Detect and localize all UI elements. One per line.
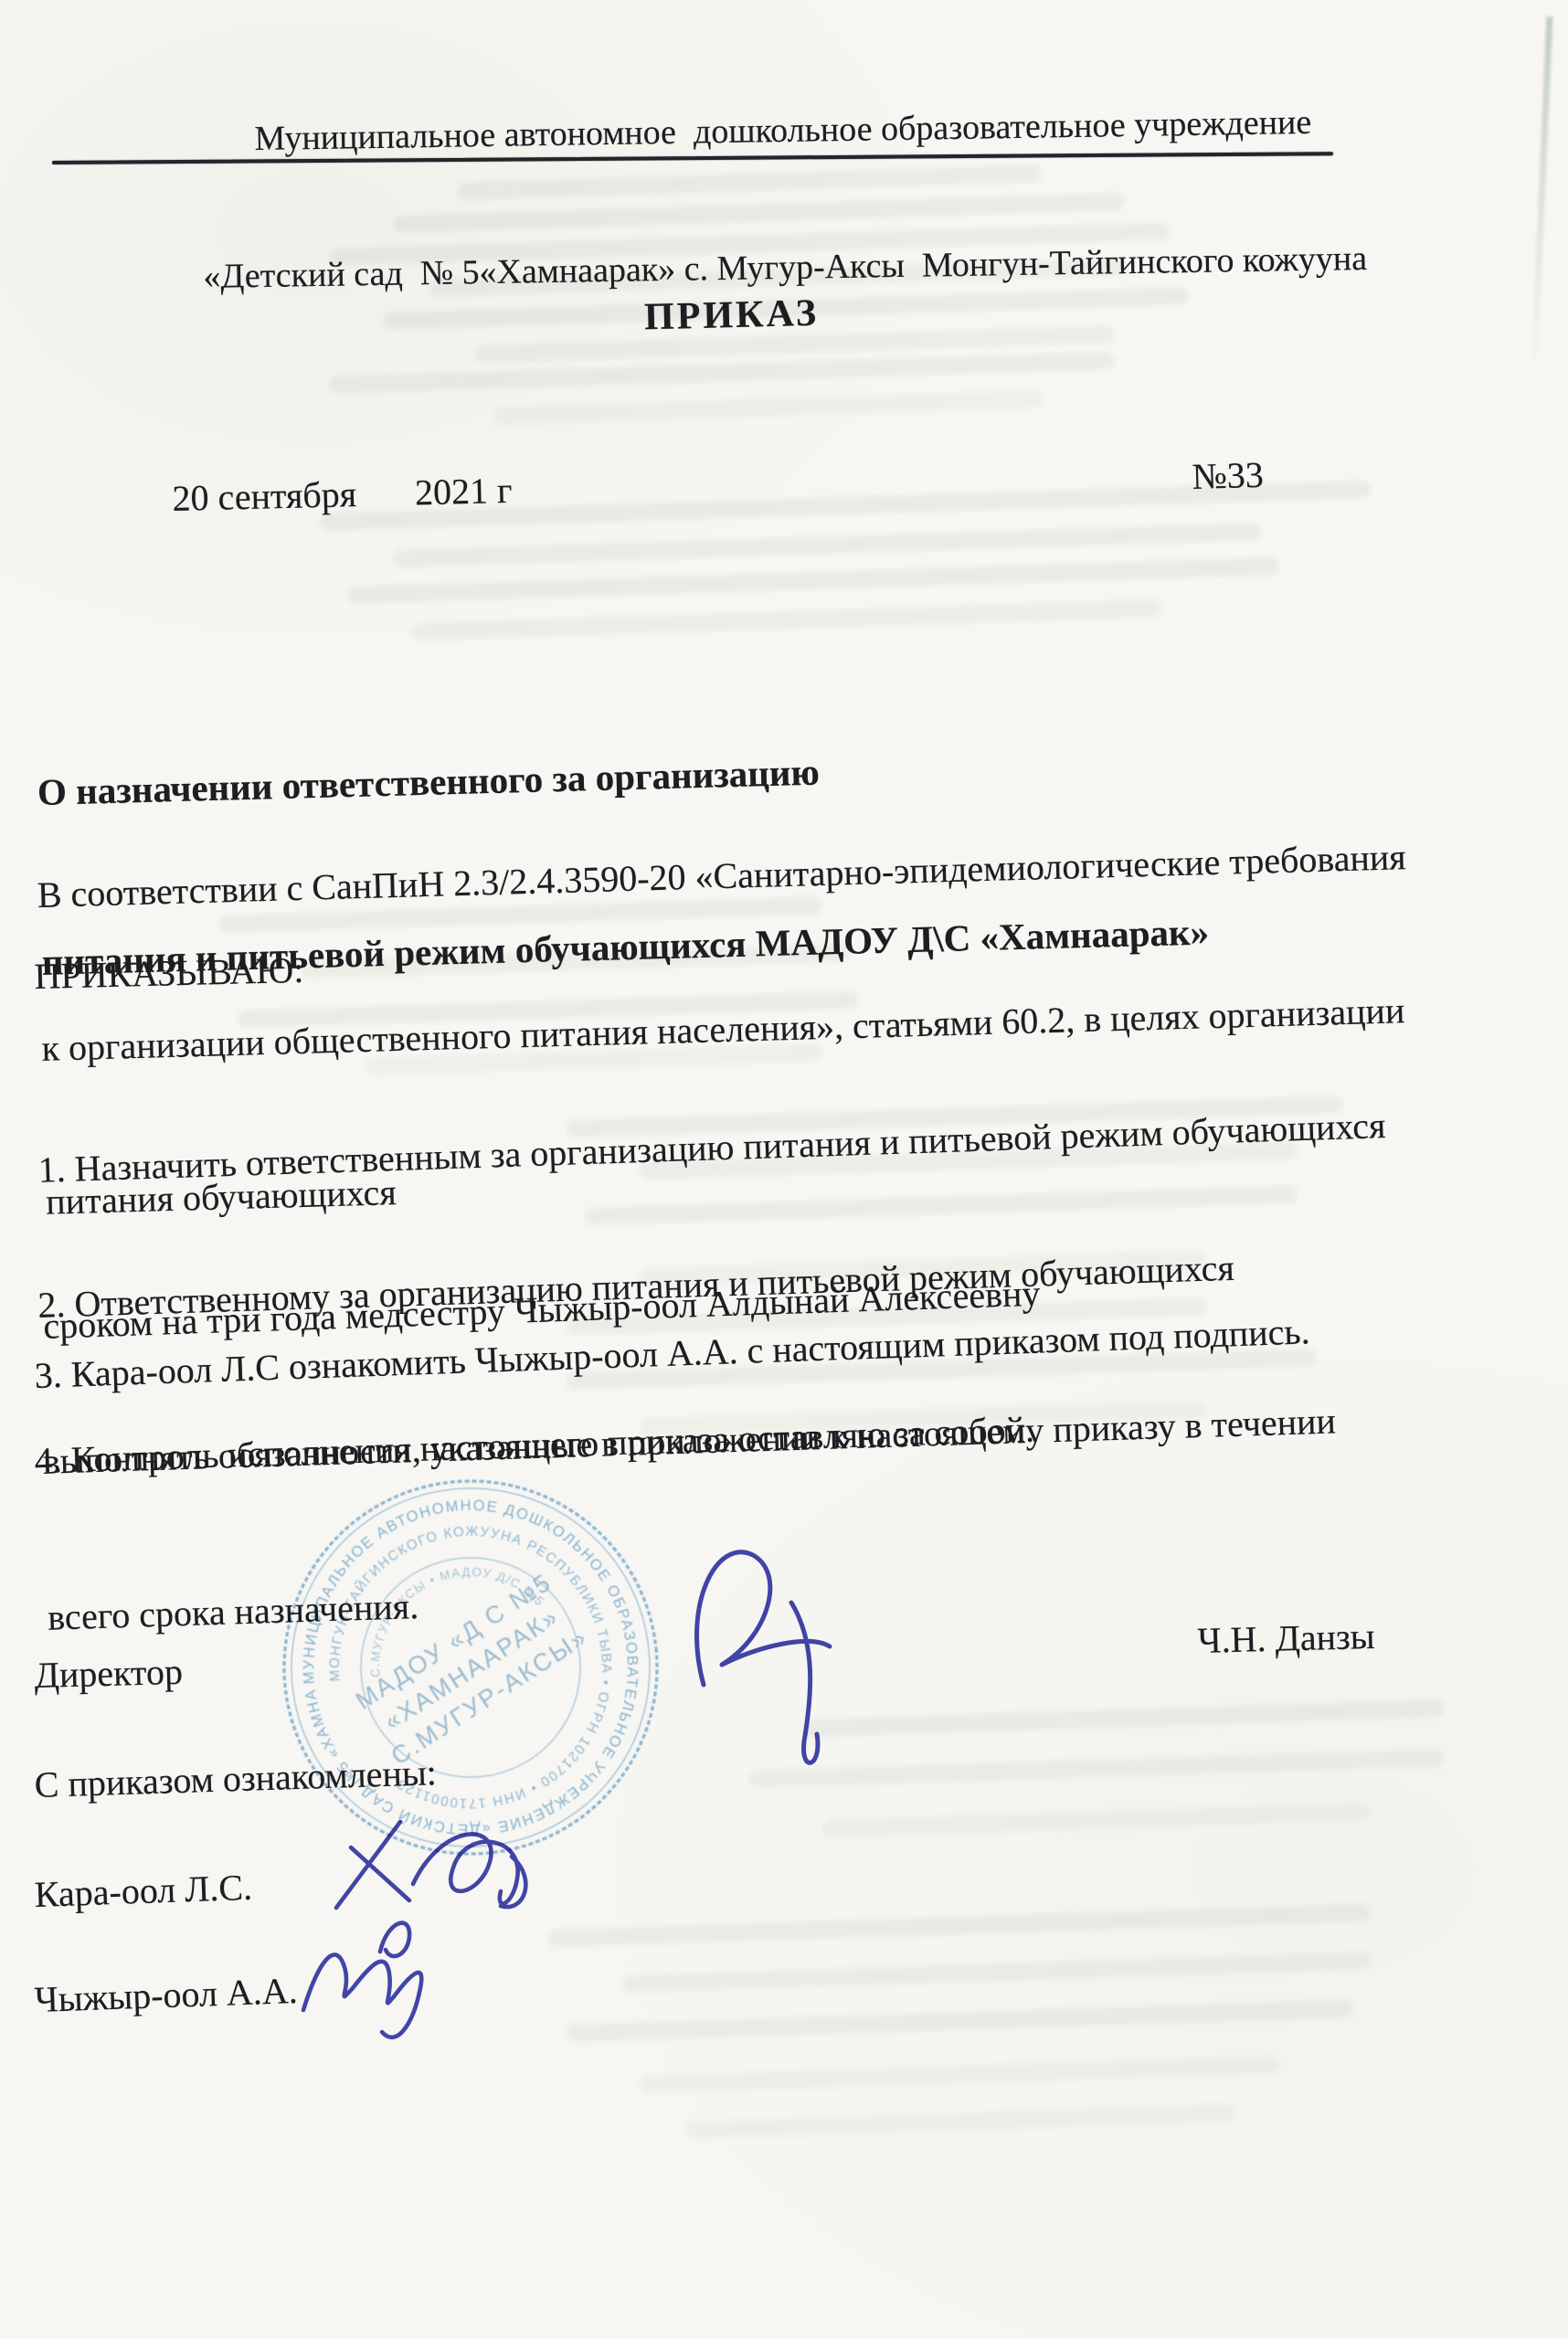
bleed-through-line bbox=[493, 390, 1042, 425]
bleed-through-line bbox=[329, 352, 1115, 394]
chyzhyr-ool-signature bbox=[272, 1899, 464, 2049]
bleed-through-line bbox=[393, 523, 1261, 567]
order-number: №33 bbox=[1192, 453, 1264, 498]
date-gap bbox=[356, 505, 415, 507]
order-preamble-line-1: В соответствии с СанПиН 2.3/2.4.3590-20 … bbox=[37, 831, 1406, 921]
bleed-through-line bbox=[804, 1699, 1444, 1737]
bleed-through-line bbox=[567, 2000, 1352, 2042]
bleed-through-line bbox=[548, 1904, 1371, 1947]
bleed-through-line bbox=[640, 2056, 1279, 2093]
acknowledgement-person-2: Чыжыр-оол А.А. bbox=[34, 1969, 298, 2021]
bleed-through-line bbox=[685, 2104, 1234, 2139]
order-title: ПРИКАЗ bbox=[548, 289, 915, 342]
bleed-through-line bbox=[822, 1803, 1371, 1837]
acknowledgement-person-1: Кара-оол Л.С. bbox=[34, 1866, 253, 1916]
order-date-year: 2021 г bbox=[414, 470, 512, 513]
director-name: Ч.Н. Данзы bbox=[1197, 1614, 1375, 1662]
scanned-order-document: { "page": { "paper_color": "#f7f6f2", "t… bbox=[0, 0, 1568, 2339]
bleed-through-line bbox=[621, 1952, 1371, 1993]
decree-word: ПРИКАЗЫВАЮ: bbox=[34, 948, 304, 998]
director-label: Директор bbox=[34, 1650, 183, 1697]
director-signature bbox=[656, 1519, 866, 1770]
order-date-daymonth: 20 сентября bbox=[172, 473, 357, 519]
order-date: 20 сентября2021 г bbox=[172, 469, 513, 520]
